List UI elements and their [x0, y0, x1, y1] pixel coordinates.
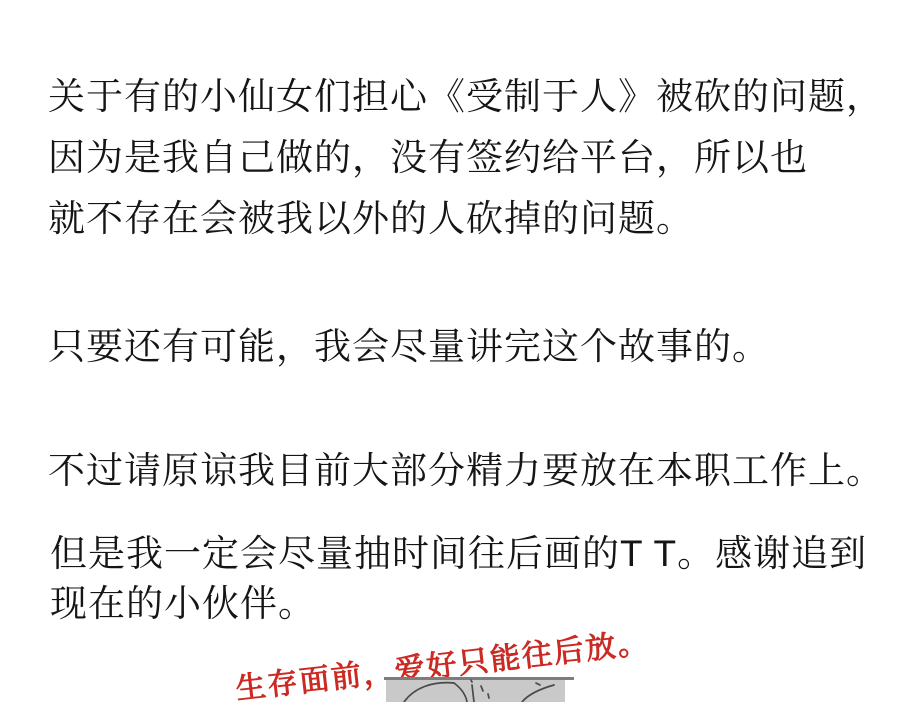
paragraph-promise: 只要还有可能，我会尽量讲完这个故事的。: [48, 316, 770, 377]
text-line: 不过请原谅我目前大部分精力要放在本职工作上。: [48, 440, 884, 501]
text-line: 但是我一定会尽量抽时间往后画的T T。感谢追到: [50, 529, 867, 579]
sketch-dash-1: [471, 680, 472, 682]
comic-panel-fragment: [384, 676, 574, 702]
sketch-dash-3: [488, 694, 489, 698]
text-line: 因为是我自己做的，没有签约给平台，所以也: [48, 127, 884, 188]
paragraph-apology: 不过请原谅我目前大部分精力要放在本职工作上。: [48, 440, 884, 501]
text-line: 就不存在会被我以外的人砍掉的问题。: [48, 188, 884, 249]
paragraph-series-status: 关于有的小仙女们担心《受制于人》被砍的问题， 因为是我自己做的，没有签约给平台，…: [48, 66, 884, 249]
paragraph-thanks: 但是我一定会尽量抽时间往后画的T T。感谢追到 现在的小伙伴。: [50, 529, 867, 629]
text-line: 现在的小伙伴。: [50, 579, 867, 629]
text-line: 关于有的小仙女们担心《受制于人》被砍的问题，: [48, 66, 884, 127]
text-line: 只要还有可能，我会尽量讲完这个故事的。: [48, 316, 770, 377]
author-notice-page: 关于有的小仙女们担心《受制于人》被砍的问题， 因为是我自己做的，没有签约给平台，…: [0, 0, 900, 702]
sketch-lines-graphic: [384, 676, 574, 702]
